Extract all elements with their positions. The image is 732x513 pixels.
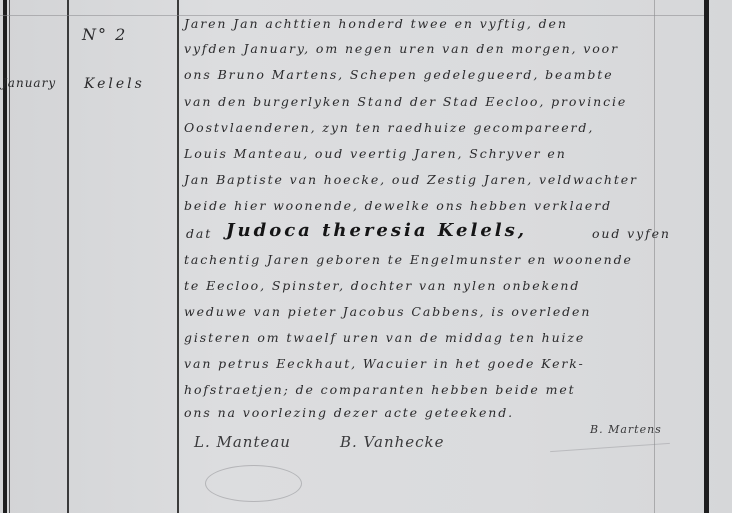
body-line-11: te Eecloo, Spinster, dochter van nylen o… bbox=[184, 278, 580, 293]
body-line-14: van petrus Eeckhaut, Wacuier in het goed… bbox=[184, 356, 585, 371]
entry-number: N° 2 bbox=[82, 25, 127, 44]
body-line-15: hofstraetjen; de comparanten hebben beid… bbox=[184, 382, 576, 397]
signature-flourish bbox=[205, 465, 302, 502]
body-line-6: Louis Manteau, oud veertig Jaren, Schryv… bbox=[184, 146, 567, 161]
deceased-prefix: dat bbox=[186, 226, 212, 241]
register-page: January N° 2 Kelels Jaren Jan achttien h… bbox=[0, 0, 732, 513]
body-line-16: ons na voorlezing dezer acte geteekend. bbox=[184, 405, 514, 420]
margin-surname: Kelels bbox=[84, 76, 145, 92]
margin-month: January bbox=[2, 76, 56, 90]
body-line-1: Jaren Jan achttien honderd twee en vyfti… bbox=[184, 16, 568, 31]
deceased-suffix: oud vyfen bbox=[592, 226, 671, 241]
body-line-5: Oostvlaenderen, zyn ten raedhuize gecomp… bbox=[184, 120, 594, 135]
column-rule-2 bbox=[177, 0, 179, 513]
body-line-13: gisteren om twaelf uren van de middag te… bbox=[184, 330, 585, 345]
body-line-8: beide hier woonende, dewelke ons hebben … bbox=[184, 198, 612, 213]
body-line-2: vyfden January, om negen uren van den mo… bbox=[184, 41, 619, 56]
right-margin-rule bbox=[654, 0, 655, 513]
signature-official: B. Martens bbox=[590, 423, 662, 436]
signature-witness-1: L. Manteau bbox=[194, 433, 291, 451]
official-underline bbox=[550, 443, 670, 452]
body-line-4: van den burgerlyken Stand der Stad Eeclo… bbox=[184, 94, 627, 109]
right-edge-rule bbox=[704, 0, 709, 513]
column-rule-1 bbox=[67, 0, 69, 513]
body-line-10: tachentig Jaren geboren te Engelmunster … bbox=[184, 252, 633, 267]
body-line-3: ons Bruno Martens, Schepen gedelegueerd,… bbox=[184, 67, 614, 82]
signature-witness-2: B. Vanhecke bbox=[340, 433, 445, 451]
body-line-7: Jan Baptiste van hoecke, oud Zestig Jare… bbox=[184, 172, 638, 187]
deceased-name: Judoca theresia Kelels, bbox=[226, 220, 527, 241]
body-line-12: weduwe van pieter Jacobus Cabbens, is ov… bbox=[184, 304, 591, 319]
